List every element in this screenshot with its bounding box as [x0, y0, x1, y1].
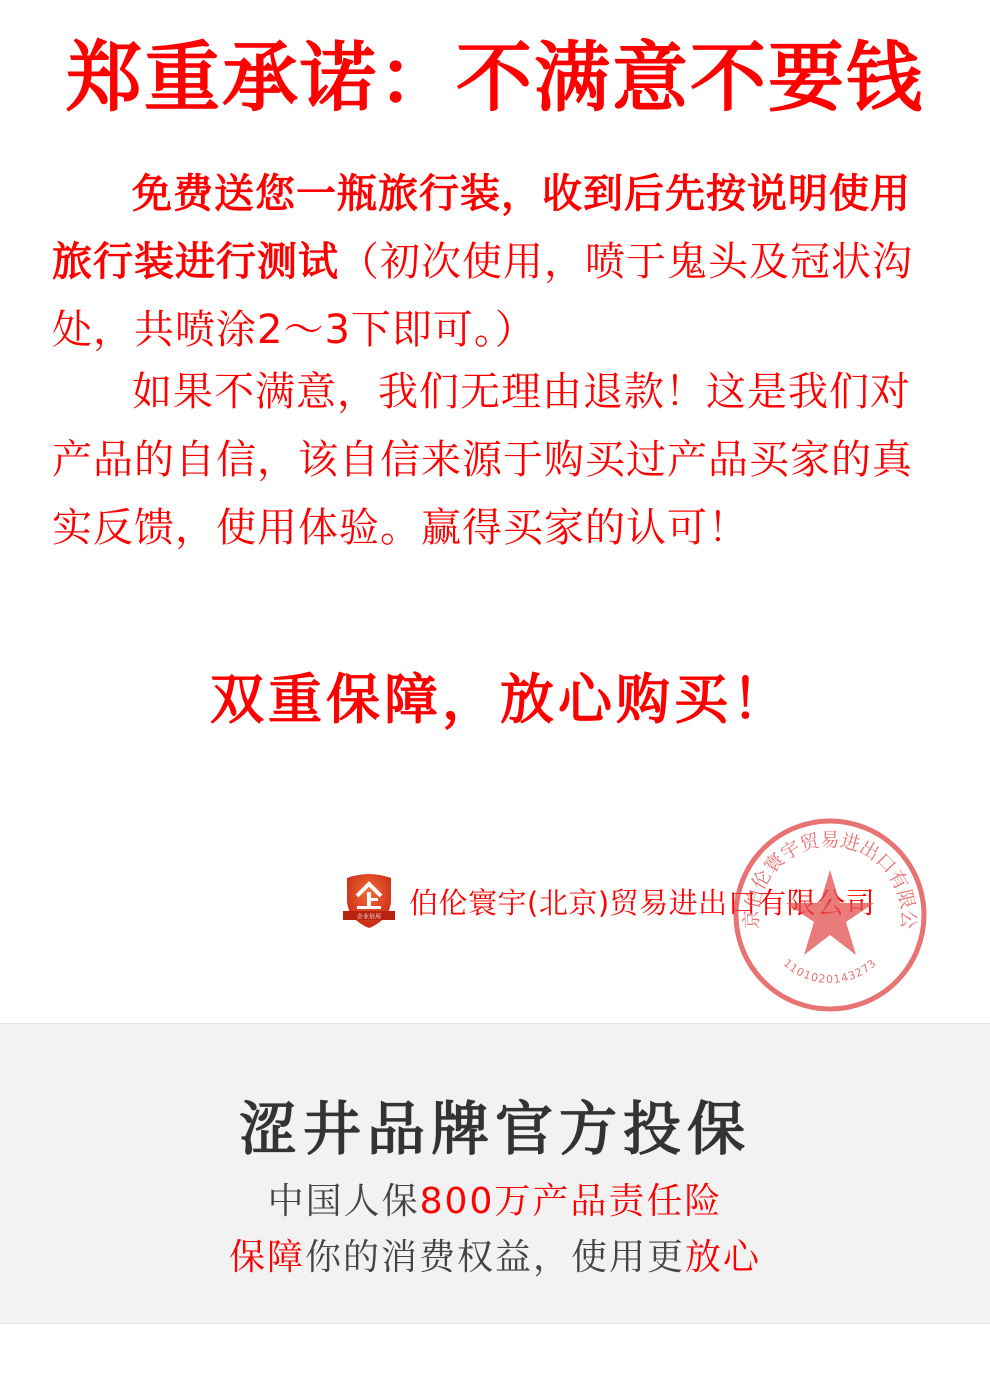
slogan: 双重保障，放心购买！: [0, 660, 990, 740]
star-icon: [786, 870, 874, 955]
trial-offer-paragraph: 免费送您一瓶旅行装，收到后先按说明使用旅行装进行测试（初次使用，喷于鬼头及冠状沟…: [52, 160, 942, 364]
refund-text: 如果不满意，我们无理由退款！这是我们对产品的自信，该自信来源于购买过产品买家的真…: [52, 369, 913, 551]
insurance-line-1: 中国人保800万产品责任险: [0, 1174, 990, 1230]
insurance-line-2: 保障你的消费权益，使用更放心: [0, 1230, 990, 1286]
insurance-title: 涩井品牌官方投保: [0, 1089, 990, 1169]
svg-text:1101020143273: 1101020143273: [781, 956, 879, 986]
headline: 郑重承诺：不满意不要钱: [0, 28, 990, 128]
company-seal-stamp: 北京伯伦寰宇贸易进出口有限公司 1101020143273: [730, 815, 930, 1015]
refund-paragraph: 如果不满意，我们无理由退款！这是我们对产品的自信，该自信来源于购买过产品买家的真…: [52, 358, 942, 562]
enterprise-credit-shield-icon: 企业信用: [343, 872, 395, 930]
svg-text:企业信用: 企业信用: [357, 913, 381, 921]
insurance-banner: 涩井品牌官方投保 中国人保800万产品责任险 保障你的消费权益，使用更放心: [0, 1023, 990, 1324]
